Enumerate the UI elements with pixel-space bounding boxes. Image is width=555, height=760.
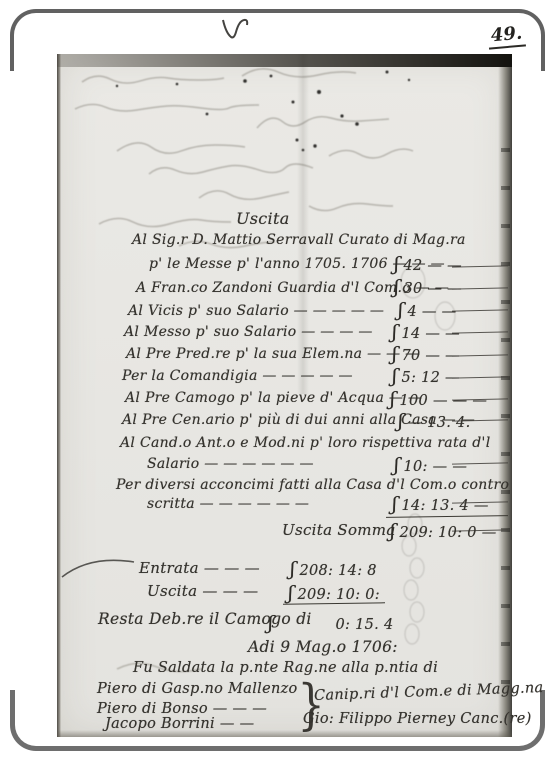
lira-sign: ʃ (394, 454, 399, 476)
facing-page-line-marks (501, 114, 510, 714)
balance-result-amount: ʃ0: 15. 4 (268, 612, 393, 634)
lira-sign: ʃ (394, 276, 399, 298)
balance-entrata-label: Entrata — — — (139, 559, 260, 577)
ledger-row-text: Salario — — — — — — (147, 456, 314, 472)
lira-sign: ʃ (288, 582, 293, 604)
lira-sign: ʃ (268, 612, 273, 634)
ledger-row-amount: ʃ42 — — (394, 253, 462, 275)
lira-sign: ʃ (394, 253, 399, 275)
ledger-row-text: scritta — — — — — — (147, 496, 309, 512)
lira-sign: ʃ (398, 299, 403, 321)
closing-statement: Fu Saldata la p.nte Rag.ne alla p.ntia d… (133, 660, 438, 676)
ledger-row-text: Al Vicis p' suo Salario — — — — — (128, 303, 384, 319)
balance-entrata-amount: ʃ208: 14: 8 (290, 558, 377, 580)
balance-uscita-amount: ʃ209: 10: 0: (288, 582, 380, 604)
lira-sign: ʃ (392, 321, 397, 343)
ledger-row-text: Al Sig.r D. Mattio Serravall Curato di M… (132, 232, 466, 248)
amount-value: 208: 14: 8 (299, 563, 376, 579)
ledger-row-text: Per diversi acconcimi fatti alla Casa d'… (116, 477, 509, 493)
amount-value: 14 — — (401, 326, 459, 342)
total-label: Uscita Somma (282, 521, 396, 539)
ledger-row-text: Al Pre Camogo p' la pieve d' Acqua — — (125, 390, 422, 406)
amount-value: 100 — — — (399, 393, 487, 409)
ledger-row-amount: ʃ5: 12 — (392, 365, 460, 387)
ledger-row-text: Al Messo p' suo Salario — — — — (124, 324, 373, 340)
chancellor-signature: Gio: Filippo Pierney Canc.(re) (303, 711, 532, 727)
balance-uscita-label: Uscita — — — (147, 582, 258, 600)
fold-crease (297, 54, 309, 394)
ledger-row-amount: ʃ14 — — (392, 321, 460, 343)
lira-sign: ʃ (398, 410, 403, 432)
ledger-row-text: Al Cand.o Ant.o e Mod.ni p' loro rispett… (120, 435, 490, 451)
amount-value: 10: — — (403, 459, 467, 475)
amount-value: 209: 10: 0: (297, 587, 380, 603)
amount-value: — 13. 4. (407, 415, 470, 431)
lira-sign: ʃ (392, 343, 397, 365)
witness-name: Jacopo Borrini — — (105, 716, 254, 732)
witness-name: Piero di Bonso — — — (97, 701, 267, 717)
amount-value: 209: 10: 0 — (399, 525, 496, 541)
ledger-row-amount: ʃ4 — — (398, 299, 456, 321)
ledger-row-text: Per la Comandigia — — — — — (122, 368, 353, 384)
page-number: 49. (487, 22, 526, 49)
amount-value: 0: 15. 4 (335, 617, 393, 633)
witness-name: Piero di Gasp.no Mallenzo (97, 681, 298, 697)
amount-value: 14: 13. 4 — (401, 498, 488, 514)
page-left-edge (57, 54, 61, 737)
ledger-row-text: Al Pre Pred.re p' la sua Elem.na — — — (126, 346, 419, 362)
amount-value: 4 — — (407, 304, 456, 320)
lira-sign: ʃ (390, 520, 395, 542)
ledger-row-amount: ʃ30 — — (394, 276, 462, 298)
ledger-row-amount: ʃ10: — — (394, 454, 467, 476)
manuscript-scan: 49. Uscita Al Sig.r D. Mattio Serravall … (0, 0, 555, 760)
closing-date: Adi 9 Mag.o 1706: (248, 638, 398, 656)
ledger-row-amount: ʃ14: 13. 4 — (392, 493, 489, 515)
ledger-row-amount: ʃ70 — — (392, 343, 460, 365)
lira-sign: ʃ (392, 493, 397, 515)
lira-sign: ʃ (392, 365, 397, 387)
total-amount: ʃ209: 10: 0 — (390, 520, 497, 542)
lira-sign: ʃ (290, 558, 295, 580)
section-title: Uscita (236, 209, 290, 228)
lira-sign: ʃ (390, 388, 395, 410)
page-top-edge (57, 54, 512, 67)
